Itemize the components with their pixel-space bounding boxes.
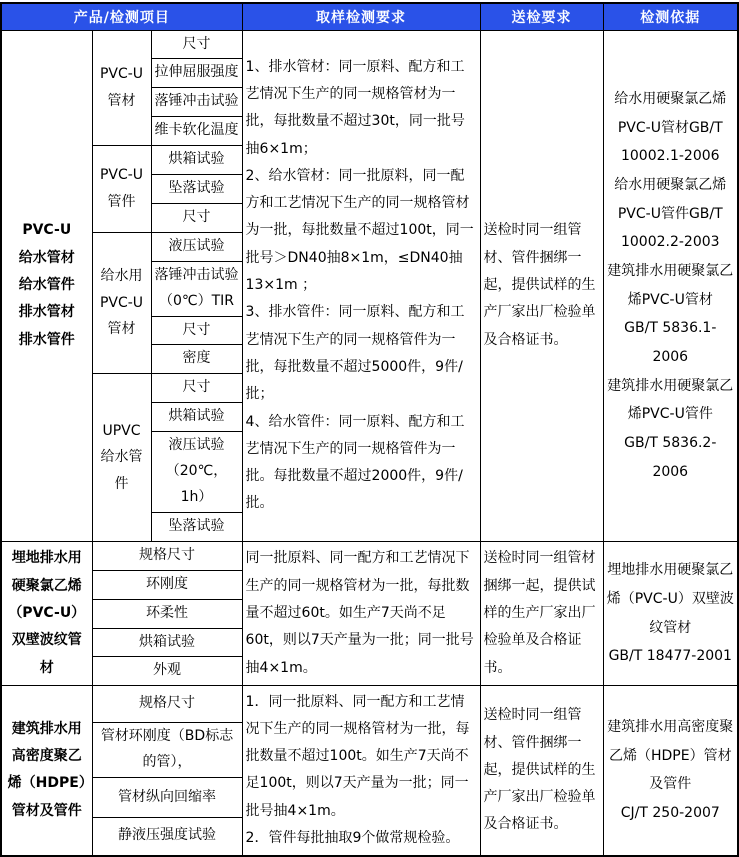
test-item: 静液压强度试验: [92, 818, 242, 856]
test-item: 坠落试验: [151, 512, 242, 541]
test-item: 液压试验: [151, 232, 242, 261]
table-row: 埋地排水用硬聚氯乙烯（PVC-U）双壁波纹管材 规格尺寸 同一批原料、同一配方和…: [1, 541, 738, 570]
test-item: 管材纵向回缩率: [92, 778, 242, 818]
submission-requirement-pvcu: 送检时同一组管材、管件捆绑一起，提供试样的生产厂家出厂检验单及合格证书。: [480, 30, 603, 541]
group-pvcu-pipe: PVC-U管材: [92, 30, 151, 146]
test-item: 环刚度: [92, 570, 242, 599]
test-item: 外观: [92, 657, 242, 686]
pipe-testing-spec-table: 产品/检测项目 取样检测要求 送检要求 检测依据 PVC-U 给水管材 给水管件…: [0, 2, 739, 857]
table-row: 建筑排水用高密度聚乙烯（HDPE）管材及管件 规格尺寸 1．同一批原料、同一配方…: [1, 686, 738, 723]
test-item: 环柔性: [92, 599, 242, 628]
submission-requirement-hdpe: 送检时同一组管材、管件捆绑一起，提供试样的生产厂家出厂检验单及合格证书。: [480, 686, 603, 856]
test-item: 尺寸: [151, 30, 242, 59]
sampling-requirement-corrugated: 同一批原料、同一配方和工艺情况下生产的同一规格管材为一批，每批数量不超过60t。…: [242, 541, 480, 685]
sampling-requirement-hdpe: 1．同一批原料、同一配方和工艺情况下生产的同一规格管材为一批，每批数量不超过10…: [242, 686, 480, 856]
test-item: 尺寸: [151, 203, 242, 232]
test-item: 坠落试验: [151, 175, 242, 204]
submission-requirement-corrugated: 送检时同一组管材捆绑一起，提供试样的生产厂家出厂检验单及合格证书。: [480, 541, 603, 685]
test-item: 管材环刚度（BD标志的管），: [92, 723, 242, 778]
header-test-basis: 检测依据: [603, 3, 738, 30]
test-item: 拉伸屈服强度: [151, 59, 242, 88]
test-basis-corrugated: 埋地排水用硬聚氯乙烯（PVC-U）双壁波纹管材 GB/T 18477-2001: [603, 541, 738, 685]
pipe-testing-spec-page: 产品/检测项目 取样检测要求 送检要求 检测依据 PVC-U 给水管材 给水管件…: [0, 0, 739, 795]
test-item: 规格尺寸: [92, 541, 242, 570]
test-item: 烘箱试验: [151, 146, 242, 175]
header-sampling-requirements: 取样检测要求: [242, 3, 480, 30]
test-item: 液压试验（20℃，1h）: [151, 432, 242, 513]
header-product-test-items: 产品/检测项目: [1, 3, 242, 30]
test-item: 密度: [151, 345, 242, 374]
product-name-corrugated-pvcu: 埋地排水用硬聚氯乙烯（PVC-U）双壁波纹管材: [1, 541, 92, 685]
product-name-hdpe: 建筑排水用高密度聚乙烯（HDPE）管材及管件: [1, 686, 92, 856]
test-basis-pvcu: 给水用硬聚氯乙烯PVC-U管材GB/T 10002.1-2006 给水用硬聚氯乙…: [603, 30, 738, 541]
header-submission-requirements: 送检要求: [480, 3, 603, 30]
test-item: 维卡软化温度: [151, 117, 242, 146]
test-item: 烘箱试验: [92, 628, 242, 657]
test-item: 落锤冲击试验（0℃）TIR: [151, 261, 242, 316]
group-pvcu-fitting: PVC-U管件: [92, 146, 151, 233]
table-header-row: 产品/检测项目 取样检测要求 送检要求 检测依据: [1, 3, 738, 30]
table-row: PVC-U 给水管材 给水管件 排水管材 排水管件 PVC-U管材 尺寸 1、排…: [1, 30, 738, 59]
test-basis-hdpe: 建筑排水用高密度聚乙烯（HDPE）管材及管件 CJ/T 250-2007: [603, 686, 738, 856]
group-water-supply-pvcu-pipe: 给水用PVC-U管材: [92, 232, 151, 373]
test-item: 落锤冲击试验: [151, 88, 242, 117]
test-item: 烘箱试验: [151, 403, 242, 432]
test-item: 尺寸: [151, 316, 242, 345]
test-item: 尺寸: [151, 374, 242, 403]
sampling-requirement-pvcu: 1、排水管材：同一原料、配方和工艺情况下生产的同一规格管材为一批，每批数量不超过…: [242, 30, 480, 541]
product-name-pvcu: PVC-U 给水管材 给水管件 排水管材 排水管件: [1, 30, 92, 541]
group-upvc-water-fitting: UPVC给水管件: [92, 374, 151, 542]
test-item: 规格尺寸: [92, 686, 242, 723]
